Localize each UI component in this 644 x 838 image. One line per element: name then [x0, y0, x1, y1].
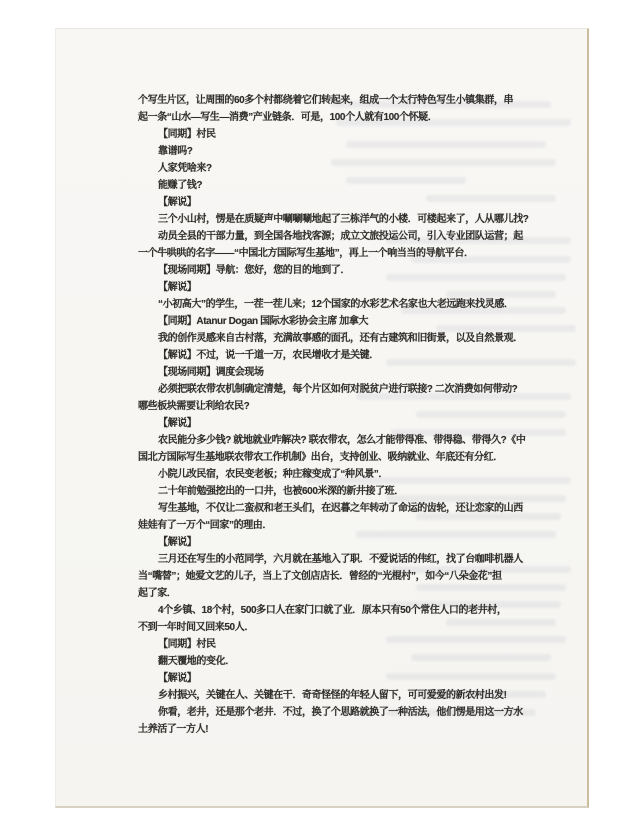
text-line: 乡村振兴，关键在人、关键在干．奇奇怪怪的年轻人留下，可可爱爱的新农村出发!	[138, 687, 589, 704]
text-line: 你看，老井，还是那个老井．不过，换了个思路就换了一种活法，他们愣是用这一方水	[138, 704, 589, 721]
text-line: 一个牛哄哄的名字——“中国北方国际写生基地”，再上一个响当当的导航平台．	[138, 245, 589, 262]
text-line: 【解说】	[138, 415, 589, 432]
document-text: 个写生片区，让周围的60多个村都绕着它们转起来，组成一个太行特色写生小镇集群，串…	[138, 92, 589, 738]
text-line: 【同期】Atanur Dogan 国际水彩协会主席 加拿大	[138, 313, 589, 330]
scanned-page: 个写生片区，让周围的60多个村都绕着它们转起来，组成一个太行特色写生小镇集群，串…	[55, 28, 589, 808]
text-line: 起了家．	[138, 585, 589, 602]
text-line: 国北方国际写生基地联农带农工作机制》出台，支持创业、吸纳就业、年底还有分红．	[138, 449, 589, 466]
text-line: 动员全县的干部力量，到全国各地找客源；成立文旅投运公司，引入专业团队运营；起	[138, 228, 589, 245]
scan-canvas: 个写生片区，让周围的60多个村都绕着它们转起来，组成一个太行特色写生小镇集群，串…	[0, 0, 644, 838]
text-line: 二十年前勉强挖出的一口井，也被600米深的新井接了班．	[138, 483, 589, 500]
text-line: 农民能分多少钱? 就地就业咋解决? 联农带农，怎么才能带得准、带得稳、带得久?《…	[138, 432, 589, 449]
text-line: 【解说】	[138, 534, 589, 551]
text-line: 【解说】	[138, 670, 589, 687]
text-line: 【现场同期】调度会现场	[138, 364, 589, 381]
text-line: 靠谱吗?	[138, 143, 589, 160]
text-line: 娃娃有了一万个“回家”的理由．	[138, 517, 589, 534]
text-line: 不到一年时间又回来50人．	[138, 619, 589, 636]
text-line: 【解说】	[138, 194, 589, 211]
text-line: 人家凭啥来?	[138, 160, 589, 177]
text-line: 【现场同期】导航：您好，您的目的地到了．	[138, 262, 589, 279]
text-line: 写生基地，不仅让二蛮叔和老王头们，在迟暮之年转动了命运的齿轮，还让恋家的山西	[138, 500, 589, 517]
text-line: 4个乡镇、18个村，500多口人在家门口就了业．原本只有50个常住人口的老井村，	[138, 602, 589, 619]
text-line: 当“嘴替”；她爱文艺的儿子，当上了文创店店长．曾经的“光棍村”，如今“八朵金花”…	[138, 568, 589, 585]
text-line: 【解说】	[138, 279, 589, 296]
text-line: 小院儿改民宿，农民变老板；种庄稼变成了“种风景”．	[138, 466, 589, 483]
text-line: 【解说】不过，说一千道一万，农民增收才是关键．	[138, 347, 589, 364]
text-line: 【同期】村民	[138, 126, 589, 143]
text-line: 起一条“山水—写生—消费”产业链条．可是，100个人就有100个怀疑．	[138, 109, 589, 126]
text-line: 我的创作灵感来自古村落，充满故事感的面孔，还有古建筑和旧街景，以及自然景观．	[138, 330, 589, 347]
text-line: 三月还在写生的小范同学，六月就在基地入了职．不爱说话的伟红，找了台咖啡机器人	[138, 551, 589, 568]
text-line: 土养活了一方人!	[138, 721, 589, 738]
text-line: “小初高大”的学生，一茬一茬儿来；12个国家的水彩艺术名家也大老远跑来找灵感．	[138, 296, 589, 313]
text-line: 翻天覆地的变化．	[138, 653, 589, 670]
text-line: 哪些板块需要让利给农民?	[138, 398, 589, 415]
text-line: 能赚了钱?	[138, 177, 589, 194]
text-line: 【同期】村民	[138, 636, 589, 653]
text-line: 必须把联农带农机制确定清楚，每个片区如何对脱贫户进行联接? 二次消费如何带动?	[138, 381, 589, 398]
text-line: 三个小山村，愣是在质疑声中唰唰唰地起了三栋洋气的小楼．可楼起来了，人从哪儿找?	[138, 211, 589, 228]
text-line: 个写生片区，让周围的60多个村都绕着它们转起来，组成一个太行特色写生小镇集群，串	[138, 92, 589, 109]
